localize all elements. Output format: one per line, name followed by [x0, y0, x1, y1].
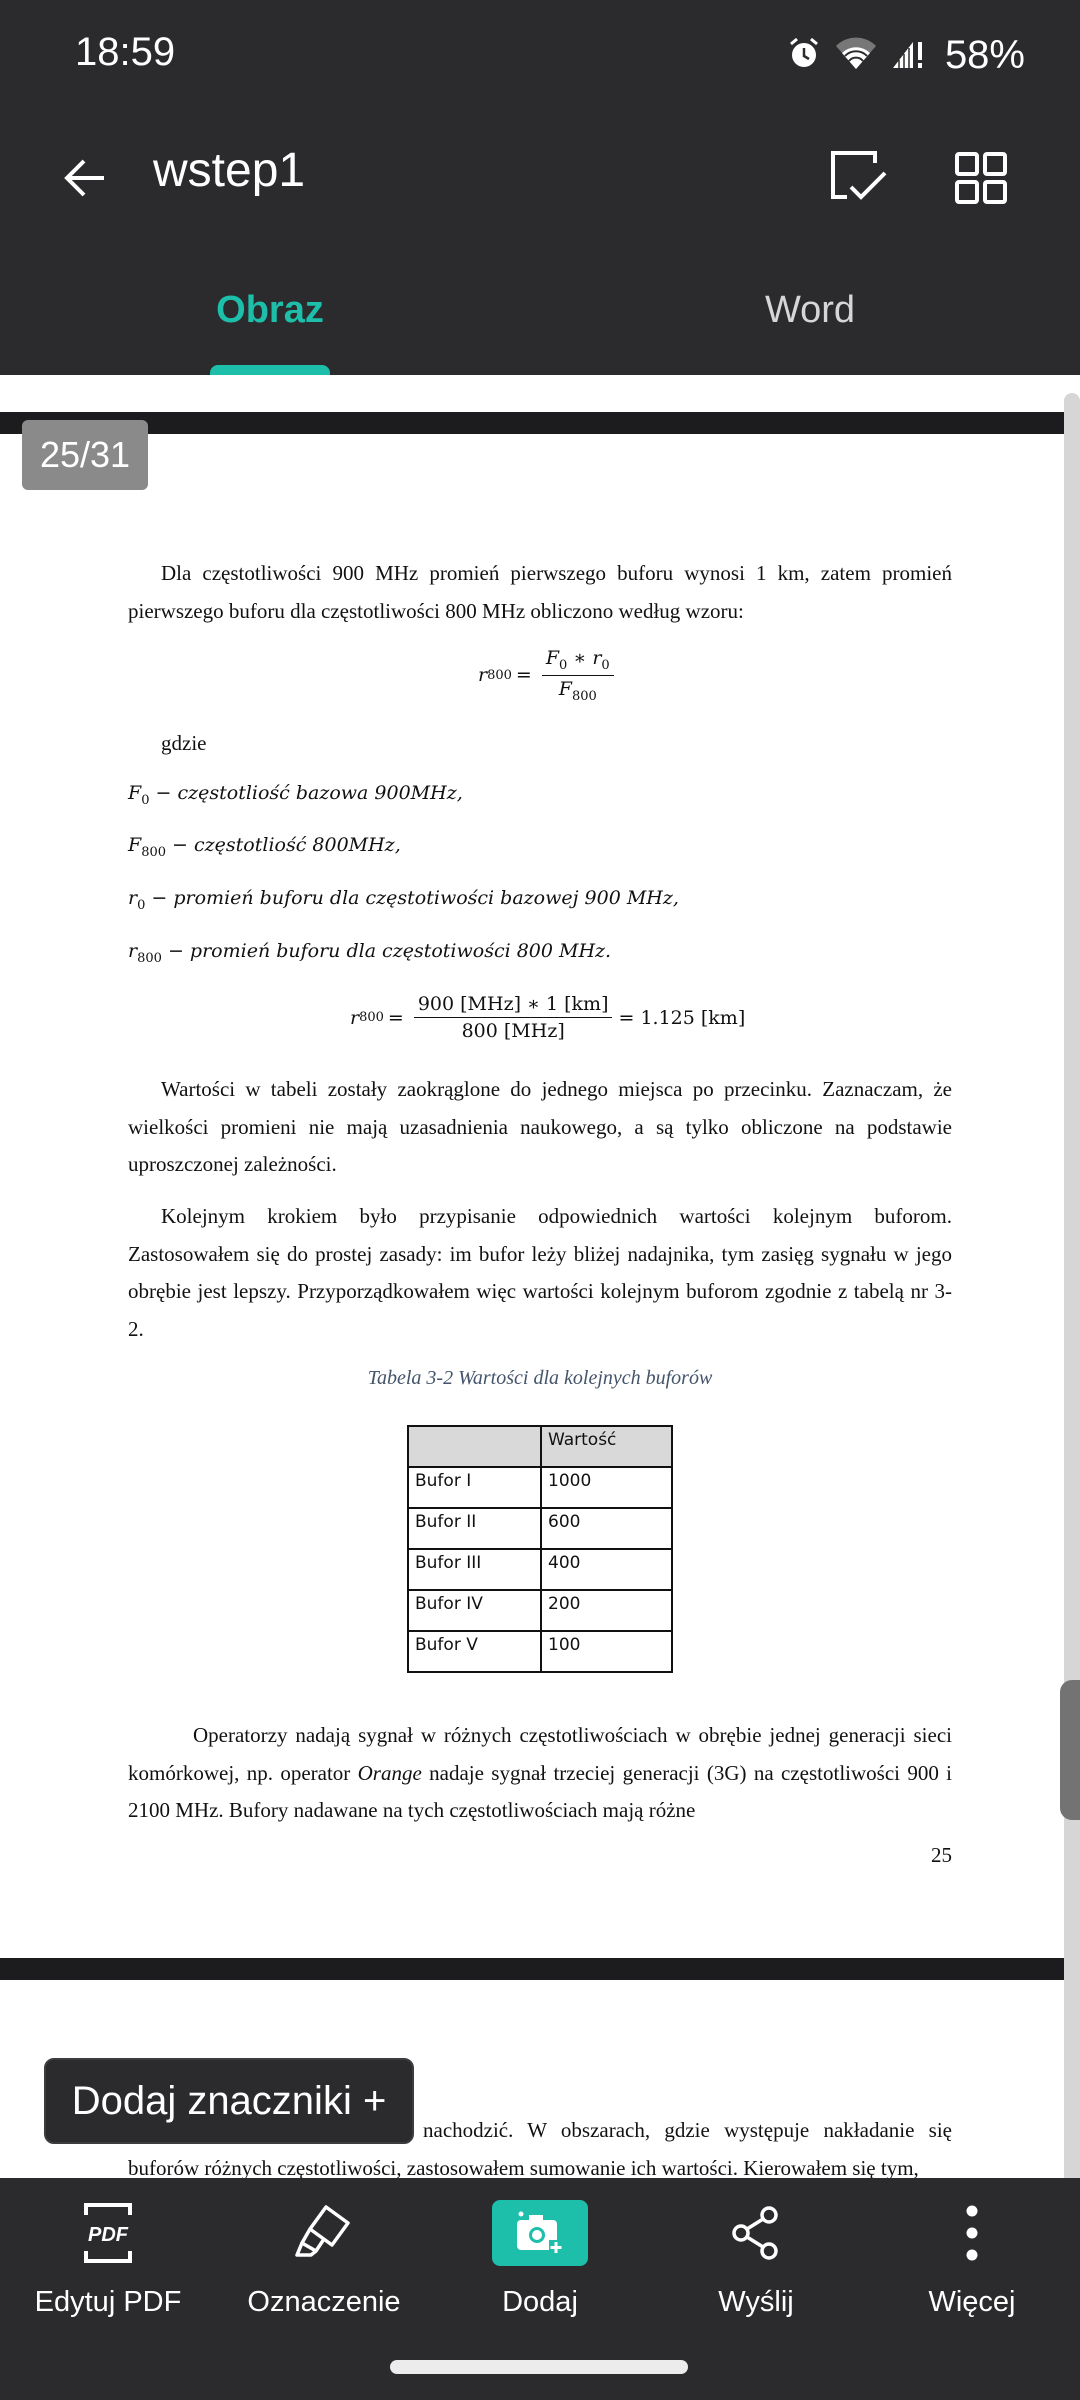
tab-active-indicator [210, 365, 330, 375]
table-row: Bufor III400 [408, 1549, 672, 1590]
home-indicator[interactable] [390, 2360, 688, 2374]
paragraph-2: Wartości w tabeli zostały zaokrąglone do… [128, 1071, 952, 1184]
camera-add-icon [492, 2200, 588, 2266]
checkbox-square-icon [831, 151, 891, 210]
select-pages-button[interactable] [816, 135, 906, 225]
definition-r800: r800 − promień buforu dla częstotiwości … [128, 940, 611, 966]
document-viewer[interactable]: Dla częstotliwości 900 MHz promień pierw… [0, 375, 1080, 2178]
fraction: 900 [MHz] ∗ 1 [km] 800 [MHz] [414, 993, 613, 1042]
formula-result: = 1.125 [km] [618, 1007, 745, 1029]
formula-r800-general: r800 = F0 ∗ r0 F800 [478, 647, 620, 704]
back-button[interactable] [50, 145, 120, 215]
scrollbar-track[interactable] [1064, 393, 1080, 2178]
app-bar: wstep1 [0, 115, 1080, 245]
highlighter-icon [276, 2200, 372, 2266]
page-separator [0, 1958, 1080, 1980]
tab-word-label: Word [765, 289, 855, 332]
add-tags-button[interactable]: Dodaj znaczniki + [44, 2058, 414, 2144]
status-time: 18:59 [75, 30, 175, 75]
arrow-left-icon [62, 155, 108, 206]
paragraph-4: Operatorzy nadają sygnał w różnych częst… [128, 1717, 952, 1830]
where-label: gdzie [128, 725, 952, 763]
status-bar: 18:59 58% [0, 0, 1080, 115]
document-title: wstep1 [153, 143, 305, 198]
table-caption: Tabela 3-2 Wartości dla kolejnych buforó… [0, 1367, 1080, 1390]
fraction-denominator: 800 [MHz] [458, 1018, 569, 1042]
definition-f0: F0 − częstotliość bazowa 900MHz, [128, 782, 463, 808]
fraction-denominator: F800 [555, 676, 601, 704]
markup-button[interactable]: Oznaczenie [216, 2178, 432, 2328]
more-button[interactable]: Więcej [864, 2178, 1080, 2328]
page-number: 25 [931, 1843, 952, 1868]
formula-lhs-sub: 800 [487, 668, 512, 683]
add-button[interactable]: Dodaj [432, 2178, 648, 2328]
table-row: Bufor I1000 [408, 1467, 672, 1508]
formula-r800-result: r800 = 900 [MHz] ∗ 1 [km] 800 [MHz] = 1.… [350, 993, 745, 1042]
status-icons: 58% [787, 30, 1025, 80]
table-row: Bufor V100 [408, 1631, 672, 1672]
tab-obraz[interactable]: Obraz [0, 245, 540, 375]
alarm-icon [787, 36, 821, 75]
paragraph-1: Dla częstotliwości 900 MHz promień pierw… [128, 555, 952, 630]
signal-icon [891, 36, 925, 75]
edit-pdf-button[interactable]: PDF Edytuj PDF [0, 2178, 216, 2328]
grid-view-button[interactable] [936, 135, 1026, 225]
battery-percent: 58% [945, 33, 1025, 78]
share-icon [708, 2200, 804, 2266]
fraction: F0 ∗ r0 F800 [542, 647, 614, 704]
pdf-edit-icon: PDF [60, 2200, 156, 2266]
wifi-icon [835, 36, 877, 75]
table-header-row: Wartość [408, 1426, 672, 1467]
page-separator [0, 412, 1080, 434]
paragraph-3: Kolejnym krokiem było przypisanie odpowi… [128, 1198, 952, 1348]
scrollbar-thumb[interactable] [1060, 1680, 1080, 1820]
page-indicator-badge: 25/31 [22, 420, 148, 490]
tab-word[interactable]: Word [540, 245, 1080, 375]
tab-obraz-label: Obraz [216, 289, 324, 332]
formula-lhs: r [478, 664, 487, 686]
more-vertical-icon [924, 2200, 1020, 2266]
share-button[interactable]: Wyślij [648, 2178, 864, 2328]
definition-f800: F800 − częstotliość 800MHz, [128, 834, 401, 860]
paragraph-1-text: Dla częstotliwości 900 MHz promień pierw… [128, 555, 952, 630]
fraction-numerator: 900 [MHz] ∗ 1 [km] [414, 993, 613, 1018]
table-row: Bufor II600 [408, 1508, 672, 1549]
grid-icon [955, 152, 1007, 209]
svg-text:PDF: PDF [88, 2224, 129, 2246]
equals-sign: = [516, 664, 532, 686]
fraction-numerator: F0 ∗ r0 [542, 647, 614, 676]
buffer-values-table: Wartość Bufor I1000 Bufor II600 Bufor II… [407, 1425, 673, 1673]
view-tabs: Obraz Word [0, 245, 1080, 375]
table-row: Bufor IV200 [408, 1590, 672, 1631]
definition-r0: r0 − promień buforu dla częstotiwości ba… [128, 887, 679, 913]
